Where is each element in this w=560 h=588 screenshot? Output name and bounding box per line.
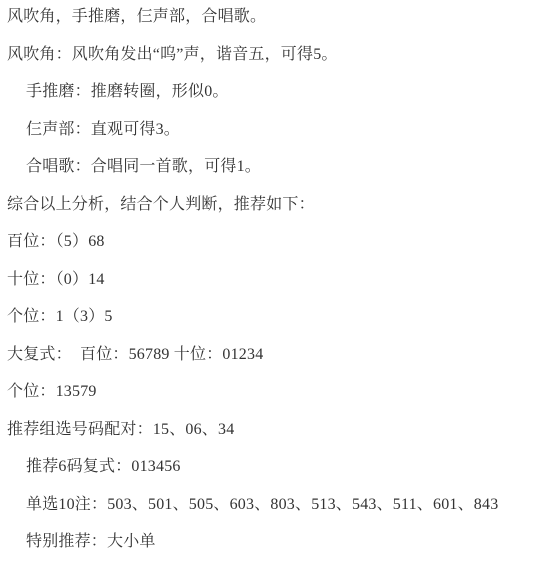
units-digit-recommendation-line: 个位：1（3）5 [7,308,556,325]
clue-feng-chui-jiao-line: 风吹角：风吹角发出“呜”声，谐音五，可得5。 [7,46,556,63]
group-selection-pairs-line: 推荐组选号码配对：15、06、34 [7,421,556,438]
tens-digit-recommendation-line: 十位：（0）14 [7,271,556,288]
hundreds-digit-recommendation-line: 百位：（5）68 [7,233,556,250]
big-compound-recommendation-line: 大复式： 百位：56789 十位：01234 [7,346,556,363]
clue-shou-tui-mo-line: 手推磨：推磨转圈，形似0。 [26,83,556,100]
compound-units-line: 个位：13579 [7,383,556,400]
six-code-compound-line: 推荐6码复式：013456 [26,458,556,475]
document-page: 风吹角，手推磨，仨声部，合唱歌。 风吹角：风吹角发出“呜”声，谐音五，可得5。 … [0,0,560,588]
special-recommendation-line: 特别推荐：大小单 [26,533,556,550]
clue-he-chang-ge-line: 合唱歌：合唱同一首歌，可得1。 [26,158,556,175]
single-selection-bets-line: 单选10注：503、501、505、603、803、513、543、511、60… [26,496,556,513]
analysis-conclusion-line: 综合以上分析，结合个人判断，推荐如下： [7,196,556,213]
intro-riddle-line: 风吹角，手推磨，仨声部，合唱歌。 [7,8,556,25]
clue-sa-sheng-bu-line: 仨声部：直观可得3。 [26,121,556,138]
